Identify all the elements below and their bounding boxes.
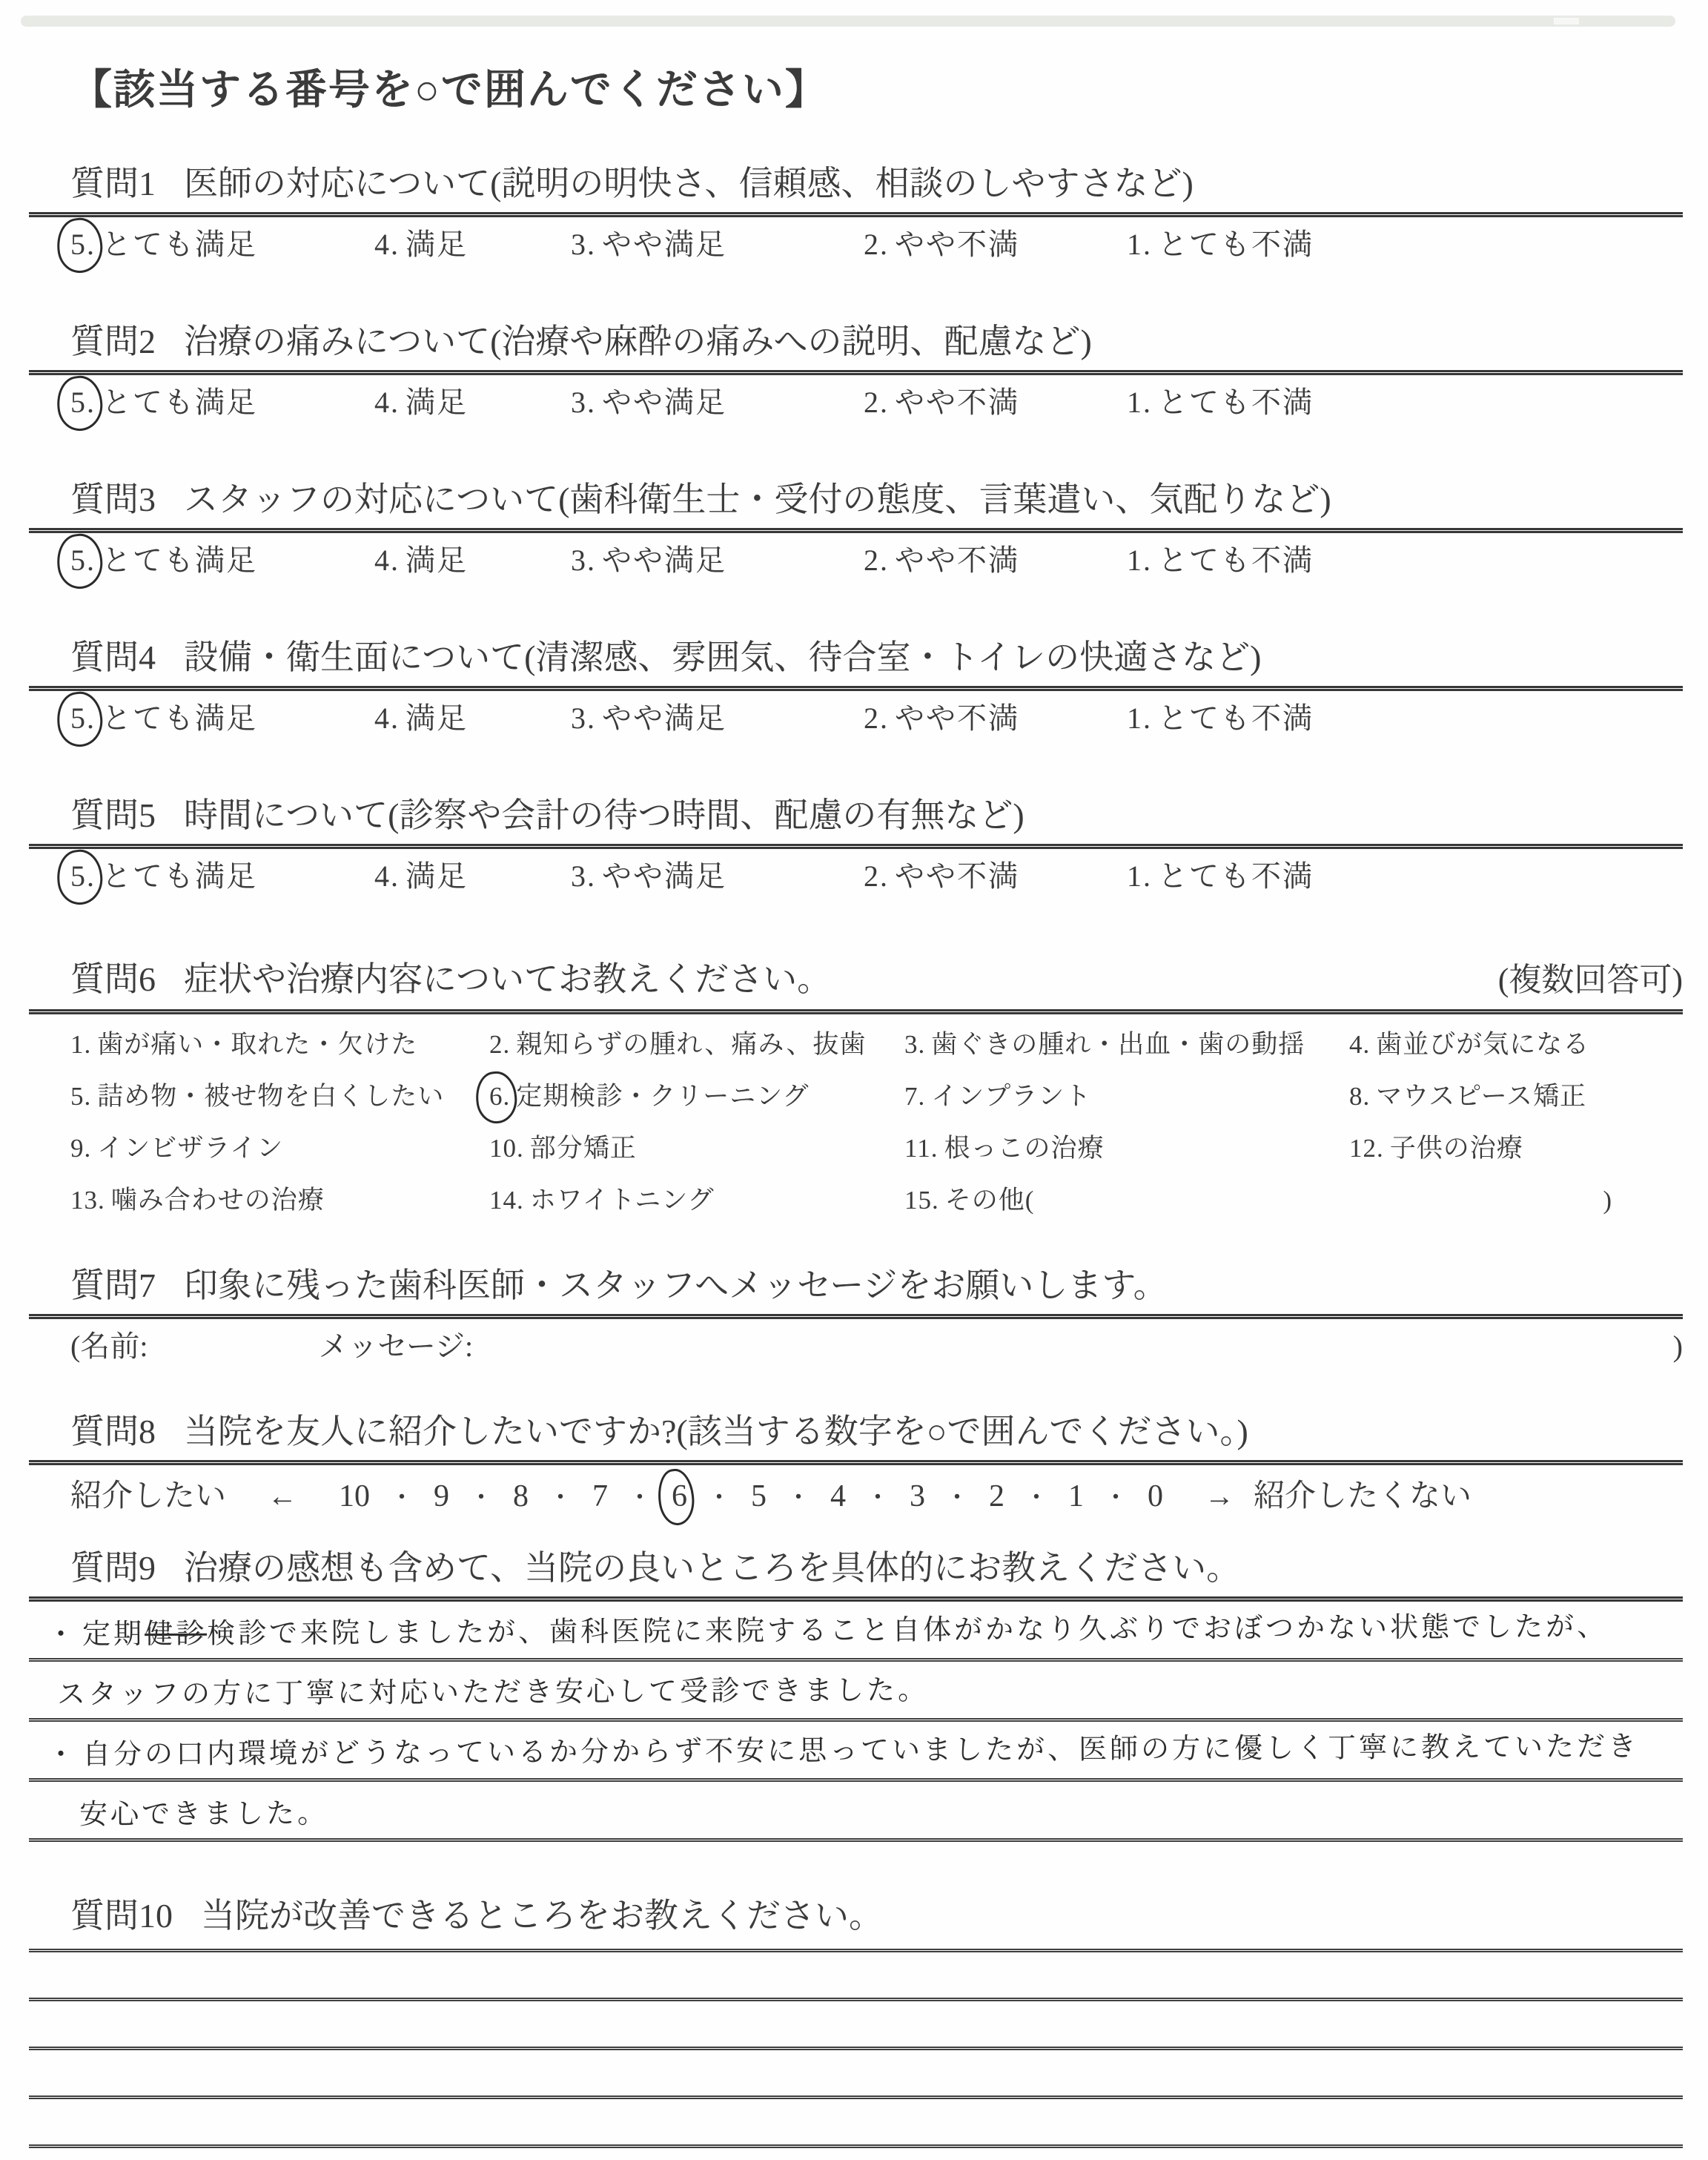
question-7-header: 質問7印象に残った歯科医師・スタッフへメッセージをお願いします。 [70,1265,1683,1307]
scanned-survey-page: 【該当する番号を○で囲んでください】 質問1医師の対応について(説明の明快さ、信… [0,0,1708,2160]
question-8-header: 質問8当院を友人に紹介したいですか?(該当する数字を○で囲んでください。) [70,1411,1683,1453]
option-number: 2. [864,544,889,577]
dot-separator: ・ [1024,1479,1049,1518]
option-number: 11. [904,1134,938,1163]
other-option-close-paren: ) [1349,1183,1683,1218]
question-7-label: 質問7 [70,1266,156,1304]
option-number: 3. [571,701,596,735]
option-label: 歯ぐきの腫れ・出血・歯の動揺 [931,1030,1305,1059]
header-underline [29,528,1683,533]
question-3-text: スタッフの対応について(歯科衛生士・受付の態度、言葉遣い、気配りなど) [184,480,1331,518]
scale-number-4: 4 [830,1477,846,1516]
handwriting-segment: 検診で来院しましたが、歯科医院に来院すること自体がかなり久ぶりでおぼつかない状態… [207,1610,1608,1650]
option-label: やや満足 [602,544,726,577]
option-number: 12. [1349,1134,1384,1163]
name-field-label: (名前: [70,1328,148,1365]
handwritten-circle-mark: 5. [70,700,96,737]
option-label: その他( [945,1186,1035,1215]
handwritten-text-line-1: ・定期健診検診で来院しましたが、歯科医院に来院すること自体がかなり久ぶりでおぼつ… [70,1602,1683,1651]
symptom-option-14: 14.ホワイトニング [489,1183,904,1218]
header-underline [29,844,1683,849]
question-2-options: 5.とても満足 4.満足 3.やや満足 2.やや不満 1.とても不満 [70,384,1683,421]
option-satisfied: 4.満足 [374,226,571,263]
question-1-options: 5.とても満足 4.満足 3.やや満足 2.やや不満 1.とても不満 [70,226,1683,263]
symptom-option-1: 1.歯が痛い・取れた・欠けた [70,1028,489,1062]
dot-separator: ・ [865,1479,890,1518]
option-number: 1. [1127,701,1152,735]
question-10-header: 質問10当院が改善できるところをお教えください。 [70,1895,1683,1937]
option-number: 14. [489,1186,524,1215]
option-number: 8. [1349,1082,1370,1111]
question-4-header: 質問4設備・衛生面について(清潔感、雰囲気、待合室・トイレの快適さなど) [70,637,1683,678]
handwritten-circle-mark: 5. [70,226,96,263]
question-5-label: 質問5 [70,796,156,834]
question-4-options: 5.とても満足 4.満足 3.やや満足 2.やや不満 1.とても不満 [70,700,1683,737]
answer-line [29,2144,1683,2148]
handwritten-circle-mark: 5. [70,858,96,895]
left-arrow-icon: ← [268,1477,297,1516]
option-label: 親知らずの腫れ、痛み、抜歯 [516,1030,866,1059]
option-label: 部分矯正 [530,1134,637,1163]
right-arrow-icon: → [1205,1477,1234,1516]
question-10-section: 質問10当院が改善できるところをお教えください。 [70,1895,1683,2148]
option-number: 2. [864,859,889,893]
question-5-options: 5.とても満足 4.満足 3.やや満足 2.やや不満 1.とても不満 [70,858,1683,895]
bullet-mark: ・ [47,1618,78,1651]
option-satisfied: 4.満足 [374,384,571,421]
scale-left-label: 紹介したい [70,1477,226,1516]
option-number: 9. [70,1134,91,1163]
option-somewhat-dissatisfied: 2.やや不満 [864,384,1127,421]
option-label: とても満足 [102,228,257,261]
option-label: とても不満 [1158,386,1314,419]
option-somewhat-satisfied: 3.やや満足 [571,858,864,895]
scale-number-3: 3 [910,1477,925,1516]
question-9-section: 質問9治療の感想も含めて、当院の良いところを具体的にお教えください。 ・定期健診… [70,1548,1683,1842]
option-label: とても不満 [1158,544,1314,577]
question-7-text: 印象に残った歯科医師・スタッフへメッセージをお願いします。 [184,1266,1168,1304]
option-satisfied: 4.満足 [374,700,571,737]
handwriting-segment: 自分の口内環境がどうなっているか分からず不安に思っていましたが、医師の方に優しく… [82,1730,1639,1771]
symptom-option-9: 9.インビザライン [70,1132,489,1166]
question-5-header: 質問5時間について(診察や会計の待つ時間、配慮の有無など) [70,795,1683,836]
option-number: 1. [1127,544,1152,577]
symptom-option-15-other: 15.その他( [904,1183,1349,1218]
symptom-option-8: 8.マウスピース矯正 [1349,1080,1683,1114]
close-paren: ) [1673,1328,1683,1365]
option-label: 満足 [406,386,468,419]
page-title: 【該当する番号を○で囲んでください】 [70,67,1683,114]
option-label: インプラント [931,1082,1091,1111]
option-label: やや満足 [602,386,726,419]
option-label: 歯が痛い・取れた・欠けた [97,1030,417,1059]
option-very-satisfied: 5.とても満足 [70,858,374,895]
option-satisfied: 4.満足 [374,542,571,579]
question-7-answer-row: (名前: メッセージ: ) [70,1328,1683,1365]
question-6-section: 質問6症状や治療内容についてお教えください。 (複数回答可) 1.歯が痛い・取れ… [70,953,1683,1218]
scale-number-10: 10 [339,1477,370,1516]
question-1-header: 質問1医師の対応について(説明の明快さ、信頼感、相談のしやすさなど) [70,163,1683,205]
symptom-option-2: 2.親知らずの腫れ、痛み、抜歯 [489,1028,904,1062]
option-very-satisfied: 5.とても満足 [70,226,374,263]
symptom-option-6-selected: 6.定期検診・クリーニング [489,1080,904,1114]
dot-separator: ・ [944,1479,970,1518]
question-2-text: 治療の痛みについて(治療や麻酔の痛みへの説明、配慮など) [184,323,1092,360]
option-label: 詰め物・被せ物を白くしたい [97,1082,444,1111]
option-number: 1. [1127,386,1152,419]
option-label: とても満足 [102,544,257,577]
option-number: 3. [571,544,596,577]
handwritten-circle-mark: 5. [70,542,96,579]
option-label: とても満足 [102,386,257,419]
dot-separator: ・ [469,1479,494,1518]
question-9-text: 治療の感想も含めて、当院の良いところを具体的にお教えください。 [184,1549,1240,1587]
symptom-option-7: 7.インプラント [904,1080,1349,1114]
scale-right-label: 紹介したくない [1254,1477,1472,1516]
option-label: とても不満 [1158,228,1314,261]
option-number: 3. [571,386,596,419]
option-number: 10. [489,1134,524,1163]
option-somewhat-satisfied: 3.やや満足 [571,542,864,579]
handwritten-text-line-3: ・自分の口内環境がどうなっているか分からず不安に思っていましたが、医師の方に優し… [70,1723,1683,1771]
option-label: やや不満 [895,859,1019,893]
blank-answer-space [70,2099,1683,2144]
header-underline [29,212,1683,217]
option-label: 満足 [406,544,468,577]
struck-out-text: 健診 [145,1617,207,1650]
question-8-section: 質問8当院を友人に紹介したいですか?(該当する数字を○で囲んでください。) 紹介… [70,1411,1683,1518]
option-very-satisfied: 5.とても満足 [70,542,374,579]
option-label: 噛み合わせの治療 [111,1186,325,1215]
option-number: 4. [374,386,400,419]
header-underline [29,686,1683,691]
scale-number-7: 7 [592,1477,608,1516]
option-label: やや不満 [895,386,1019,419]
symptom-option-13: 13.噛み合わせの治療 [70,1183,489,1218]
option-label: とても満足 [102,701,257,735]
option-number: 2. [864,228,889,261]
option-very-dissatisfied: 1.とても不満 [1127,542,1314,579]
question-5-section: 質問5時間について(診察や会計の待つ時間、配慮の有無など) 5.とても満足 4.… [70,795,1683,895]
scale-number-5: 5 [751,1477,767,1516]
option-number: 3. [571,859,596,893]
question-4-text: 設備・衛生面について(清潔感、雰囲気、待合室・トイレの快適さなど) [184,638,1261,676]
scale-number-0: 0 [1148,1477,1163,1516]
option-number: 4. [374,228,400,261]
option-number: 2. [864,701,889,735]
symptom-option-5: 5.詰め物・被せ物を白くしたい [70,1080,489,1114]
question-6-title: 質問6症状や治療内容についてお教えください。 [70,959,831,1000]
option-label: とても不満 [1158,701,1314,735]
dot-separator: ・ [548,1479,573,1518]
option-somewhat-dissatisfied: 2.やや不満 [864,858,1127,895]
header-underline [29,1460,1683,1465]
option-very-dissatisfied: 1.とても不満 [1127,700,1314,737]
handwritten-answer-row-4: 安心できました。 [70,1782,1683,1831]
handwritten-answer-row-3: ・自分の口内環境がどうなっているか分からず不安に思っていましたが、医師の方に優し… [70,1722,1683,1771]
option-label: やや不満 [895,228,1019,261]
option-number: 1. [1127,228,1152,261]
question-10-text: 当院が改善できるところをお教えください。 [201,1897,883,1935]
option-satisfied: 4.満足 [374,858,571,895]
question-3-header: 質問3スタッフの対応について(歯科衛生士・受付の態度、言葉遣い、気配りなど) [70,479,1683,521]
option-label: やや満足 [602,859,726,893]
question-9-header: 質問9治療の感想も含めて、当院の良いところを具体的にお教えください。 [70,1548,1683,1589]
dot-separator: ・ [1103,1479,1128,1518]
symptom-option-4: 4.歯並びが気になる [1349,1028,1683,1062]
option-number: 4. [1349,1030,1370,1059]
option-label: インビザライン [97,1134,283,1163]
handwritten-circle-mark: 5. [70,384,96,421]
page-content: 【該当する番号を○で囲んでください】 質問1医師の対応について(説明の明快さ、信… [70,0,1683,2148]
dot-separator: ・ [786,1479,811,1518]
question-3-label: 質問3 [70,480,156,518]
option-label: 子供の治療 [1390,1134,1523,1163]
option-label: 満足 [406,228,468,261]
dot-separator: ・ [627,1479,652,1518]
question-1-label: 質問1 [70,165,156,202]
question-10-label: 質問10 [70,1897,173,1935]
option-label: やや満足 [602,701,726,735]
multiple-answers-note: (複数回答可) [1498,953,1683,1000]
handwriting-segment: 定期 [82,1617,145,1650]
option-label: マウスピース矯正 [1376,1082,1586,1111]
option-very-dissatisfied: 1.とても不満 [1127,384,1314,421]
blank-answer-space [70,2050,1683,2095]
question-4-section: 質問4設備・衛生面について(清潔感、雰囲気、待合室・トイレの快適さなど) 5.と… [70,637,1683,737]
option-number: 1. [70,1030,91,1059]
option-label: 満足 [406,701,468,735]
question-6-options-grid: 1.歯が痛い・取れた・欠けた 2.親知らずの腫れ、痛み、抜歯 3.歯ぐきの腫れ・… [70,1028,1683,1218]
question-1-section: 質問1医師の対応について(説明の明快さ、信頼感、相談のしやすさなど) 5.とても… [70,163,1683,263]
option-number: 3. [904,1030,925,1059]
option-very-satisfied: 5.とても満足 [70,700,374,737]
question-3-options: 5.とても満足 4.満足 3.やや満足 2.やや不満 1.とても不満 [70,542,1683,579]
header-underline [29,1314,1683,1319]
handwritten-answer-row-1: ・定期健診検診で来院しましたが、歯科医院に来院すること自体がかなり久ぶりでおぼつ… [70,1602,1683,1651]
option-number: 4. [374,701,400,735]
option-label: とても満足 [102,859,257,893]
question-6-header: 質問6症状や治療内容についてお教えください。 (複数回答可) [70,953,1683,1000]
question-7-section: 質問7印象に残った歯科医師・スタッフへメッセージをお願いします。 (名前: メッ… [70,1265,1683,1365]
question-2-header: 質問2治療の痛みについて(治療や麻酔の痛みへの説明、配慮など) [70,321,1683,363]
symptom-option-11: 11.根っこの治療 [904,1132,1349,1166]
option-label: 歯並びが気になる [1376,1030,1589,1059]
header-underline [29,370,1683,375]
option-somewhat-dissatisfied: 2.やや不満 [864,700,1127,737]
option-somewhat-satisfied: 3.やや満足 [571,384,864,421]
symptom-option-12: 12.子供の治療 [1349,1132,1683,1166]
option-number: 3. [571,228,596,261]
bullet-mark: ・ [47,1738,78,1771]
option-label: とても不満 [1158,859,1314,893]
option-very-dissatisfied: 1.とても不満 [1127,226,1314,263]
question-4-label: 質問4 [70,638,156,676]
header-underline [29,1596,1683,1602]
option-number: 7. [904,1082,925,1111]
symptom-option-3: 3.歯ぐきの腫れ・出血・歯の動揺 [904,1028,1349,1062]
option-label: やや不満 [895,701,1019,735]
blank-answer-space [70,2001,1683,2047]
option-label: ホワイトニング [530,1186,715,1215]
handwritten-answer-row-2: スタッフの方に丁寧に対応いただき安心して受診できました。 [70,1662,1683,1711]
option-number: 4. [374,859,400,893]
message-field-label: メッセージ: [318,1328,473,1365]
option-somewhat-satisfied: 3.やや満足 [571,226,864,263]
option-very-dissatisfied: 1.とても不満 [1127,858,1314,895]
blank-answer-space [473,1328,1673,1365]
question-9-label: 質問9 [70,1549,156,1587]
option-label: やや不満 [895,544,1019,577]
option-number: 1. [1127,859,1152,893]
question-8-text: 当院を友人に紹介したいですか?(該当する数字を○で囲んでください。) [184,1413,1248,1450]
scale-number-8: 8 [513,1477,529,1516]
option-number: 15. [904,1186,939,1215]
option-number: 13. [70,1186,105,1215]
nps-scale-row: 紹介したい ← 10 ・ 9 ・ 8 ・ 7 ・ 6 ・ 5 ・ 4 ・ 3 ・… [70,1477,1683,1518]
option-label: 満足 [406,859,468,893]
question-3-section: 質問3スタッフの対応について(歯科衛生士・受付の態度、言葉遣い、気配りなど) 5… [70,479,1683,579]
option-label: やや満足 [602,228,726,261]
option-number: 2. [489,1030,510,1059]
option-label: 根っこの治療 [944,1134,1104,1163]
blank-answer-space [70,1952,1683,1998]
scale-number-6-circled: 6 [672,1477,687,1516]
symptom-option-10: 10.部分矯正 [489,1132,904,1166]
scale-number-9: 9 [434,1477,449,1516]
handwritten-text-line-4: 安心できました。 [79,1783,1683,1832]
header-underline [29,1009,1683,1014]
option-very-satisfied: 5.とても満足 [70,384,374,421]
question-5-text: 時間について(診察や会計の待つ時間、配慮の有無など) [184,796,1025,834]
question-2-label: 質問2 [70,323,156,360]
option-number: 2. [864,386,889,419]
option-somewhat-satisfied: 3.やや満足 [571,700,864,737]
question-6-label: 質問6 [70,960,156,998]
dot-separator: ・ [389,1479,414,1518]
answer-line [29,1838,1683,1842]
scale-number-2: 2 [989,1477,1004,1516]
handwritten-circle-mark: 6. [489,1080,510,1114]
option-somewhat-dissatisfied: 2.やや不満 [864,542,1127,579]
scale-number-1: 1 [1068,1477,1084,1516]
dot-separator: ・ [706,1479,732,1518]
option-number: 5. [70,1082,91,1111]
question-8-label: 質問8 [70,1413,156,1450]
option-number: 4. [374,544,400,577]
question-2-section: 質問2治療の痛みについて(治療や麻酔の痛みへの説明、配慮など) 5.とても満足 … [70,321,1683,421]
handwritten-text-line-2: スタッフの方に丁寧に対応いただき安心して受診できました。 [57,1662,1683,1711]
option-somewhat-dissatisfied: 2.やや不満 [864,226,1127,263]
option-label: 定期検診・クリーニング [516,1082,809,1111]
question-1-text: 医師の対応について(説明の明快さ、信頼感、相談のしやすさなど) [184,165,1194,202]
question-6-text: 症状や治療内容についてお教えください。 [184,960,831,998]
